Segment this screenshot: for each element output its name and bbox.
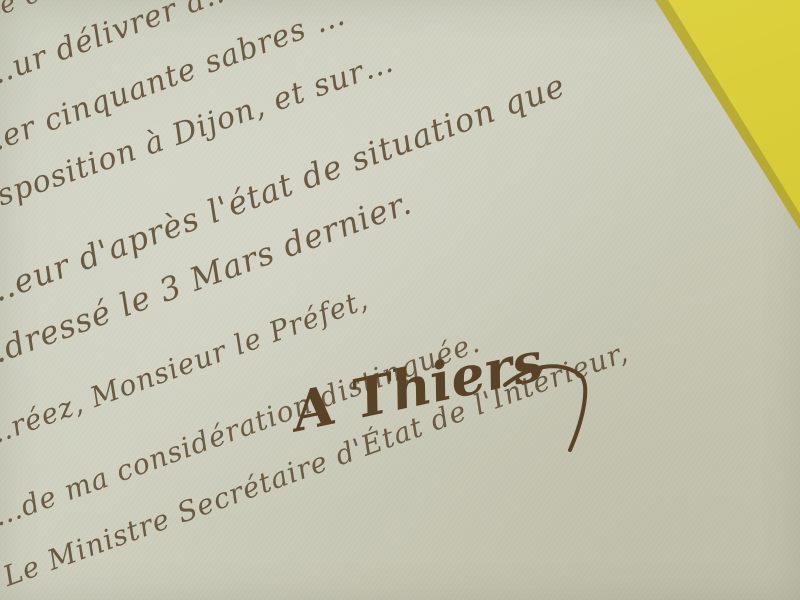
signature-flourish-icon xyxy=(500,355,600,455)
